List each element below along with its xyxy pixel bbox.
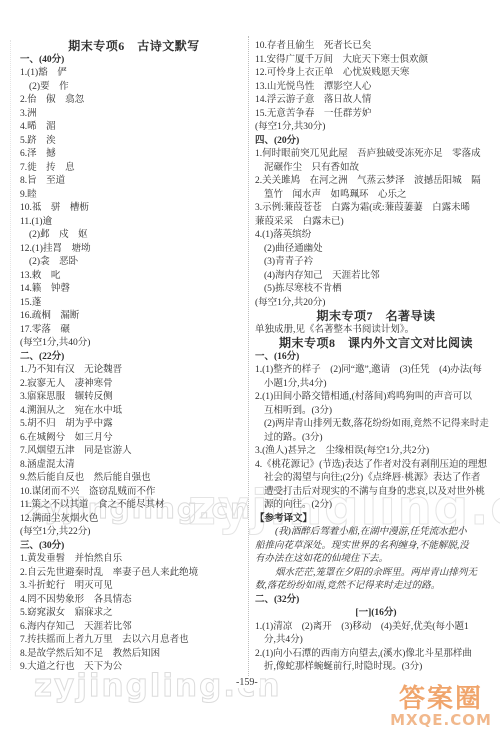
answer-line: 互相听到。(3分) xyxy=(255,405,497,419)
answer-line: 17.零落 碾 xyxy=(20,324,248,338)
answer-line: 3.斗折蛇行 明灭可见 xyxy=(20,580,248,594)
answer-line: 篁竹 闻水声 如鸣珮环 心乐之 xyxy=(255,189,497,203)
answer-line: 11.策之不以其道 食之不能尽其材 xyxy=(20,499,248,513)
answer-line: 9.然后能自反也 然后能自强也 xyxy=(20,472,248,486)
answer-line: 1.黄发垂髫 并怡然自乐 xyxy=(20,553,248,567)
answer-line: 一、(40分) xyxy=(20,54,248,68)
answer-line: 数,落花纷纷如雨,竟然不记得来时走过的路。 xyxy=(255,580,497,594)
answer-line: (每空1分,共30分) xyxy=(255,121,497,135)
answer-line: (2)两岸青山排列无数,落花纷纷如雨,竟然不记得来时走 xyxy=(255,418,497,432)
answer-line: (5)拣尽寒枝不肯栖 xyxy=(255,283,497,297)
answer-line: 【参考译文】 xyxy=(255,513,497,527)
answer-line: 二、(22分) xyxy=(20,351,248,365)
answer-line: 期末专项7 名著导读 xyxy=(255,310,497,324)
answer-line: 1.(1)豁 俨 xyxy=(20,67,248,81)
answer-line: 12.满面尘灰烟火色 xyxy=(20,513,248,527)
answer-line: 3.示例:蒹葭苍苍 白露为霜(或:蒹葭萋萋 白露未晞 xyxy=(255,202,497,216)
answer-circle-logo: 答案圈 MXQE.COM xyxy=(382,686,500,728)
answer-line: (我)酒醉后驾着小船,在湖中漫游,任凭流水把小 xyxy=(255,526,497,540)
answer-line: (每空1分,共22分) xyxy=(20,526,248,540)
answer-line: 烟水茫茫,笼罩在夕阳的余晖里。两岸青山排列无 xyxy=(255,567,497,581)
answer-line: 9.大道之行也 天下为公 xyxy=(20,661,248,675)
answer-line: (4)海内存知己 天涯若比邻 xyxy=(255,270,497,284)
answers-column-left: 期末专项6 古诗文默写一、(40分)1.(1)豁 俨(2)要 作2.佁 俶 翕忽… xyxy=(20,40,248,675)
logo-brand-text: 答案圈 xyxy=(382,686,500,712)
page-number: -159- xyxy=(234,677,260,688)
answers-column-right: 10.存者且偷生 死者长已矣11.安得广厦千万间 大庇天下寒士俱欢颜12.可怜身… xyxy=(255,40,497,675)
answer-line: 5.窈窕淑女 寤寐求之 xyxy=(20,607,248,621)
answer-line: 7.风烟望五津 同是宦游人 xyxy=(20,445,248,459)
answer-line: (2)要 作 xyxy=(20,81,248,95)
answer-line: 源的向往。(2分) xyxy=(255,499,497,513)
answer-line: 4.溯洄从之 宛在水中坻 xyxy=(20,405,248,419)
answer-line: 三、(30分) xyxy=(20,540,248,554)
answer-line: 4.罔不因势象形 各具情态 xyxy=(20,594,248,608)
answer-line: 四、(20分) xyxy=(255,135,497,149)
answer-line: [一](16分) xyxy=(255,607,497,621)
answer-line: 2.关关雎鸠 在河之洲 气蒸云梦泽 波撼岳阳城 隔 xyxy=(255,175,497,189)
answer-line: 1.(1)清凉 (2)离开 (3)移动 (4)美好,优美(每小题1 xyxy=(255,621,497,635)
answer-line: 有办法在这如花的仙境住下去。 xyxy=(255,553,497,567)
answer-line: 6.海内存知己 天涯若比邻 xyxy=(20,621,248,635)
answer-line: 13.山光悦鸟性 潭影空人心 xyxy=(255,81,497,95)
answer-line: 船推向花草深处。现实世界的名利缠身,不能解脱,没 xyxy=(255,540,497,554)
answer-line: 2.佁 俶 翕忽 xyxy=(20,94,248,108)
answer-line: 5.胡不归 胡为乎中露 xyxy=(20,418,248,432)
answer-line: 8.旨 至道 xyxy=(20,175,248,189)
answer-line: 10.谋闭而不兴 盗窃乱贼而不作 xyxy=(20,486,248,500)
answer-line: 小题1分,共4分) xyxy=(255,378,497,392)
answer-line: (2)曲径通幽处 xyxy=(255,243,497,257)
column-divider xyxy=(248,36,249,676)
answer-line: 1.乃不知有汉 无论魏晋 xyxy=(20,364,248,378)
answer-line: 单独成册,见《名著整本书阅读计划》。 xyxy=(255,324,497,338)
answer-line: 1.(1)整齐的样子 (2)同“邀”,邀请 (3)任凭 (4)办法(每 xyxy=(255,364,497,378)
answer-line: 10.存者且偷生 死者长已矣 xyxy=(255,40,497,54)
answer-line: 4.晞 湄 xyxy=(20,121,248,135)
answer-line: 社会的渴望与向往;(2分)《点绛唇·桃源》表达了作者 xyxy=(255,472,497,486)
answer-line: 13.敕 叱 xyxy=(20,270,248,284)
answer-line: 2.寂寥无人 凄神寒骨 xyxy=(20,378,248,392)
answer-line: 二、(32分) xyxy=(255,594,497,608)
answer-line: 折,像蛇那样蜿蜒前行,时隐时现。(3分) xyxy=(255,661,497,675)
logo-site-url: MXQE.COM xyxy=(382,712,500,728)
answer-line: 6.在城阙兮 如三月兮 xyxy=(20,432,248,446)
answer-line: 14.浮云游子意 落日故人情 xyxy=(255,94,497,108)
answer-line: 期末专项6 古诗文默写 xyxy=(20,40,248,54)
answer-line: 3.洲 xyxy=(20,108,248,122)
answer-line: 4.《桃花源记》(节选)表达了作者对没有剥削压迫的理想 xyxy=(255,459,497,473)
answer-line: 2.(1)向小石潭的西南方向望去,(溪水)像北斗星那样曲 xyxy=(255,648,497,662)
answer-line: 12.可怜身上衣正单 心忧炭贱愿天寒 xyxy=(255,67,497,81)
answer-line: 7.抟扶摇而上者九万里 去以六月息者也 xyxy=(20,634,248,648)
answer-line: 12.(1)挂罥 塘坳 xyxy=(20,243,248,257)
answer-line: 6.泽 撼 xyxy=(20,148,248,162)
answer-line: 3.寤寐思服 辗转反侧 xyxy=(20,391,248,405)
answer-line: 7.徙 抟 息 xyxy=(20,162,248,176)
answer-line: 分,共4分) xyxy=(255,634,497,648)
answer-line: 16.疏桐 漏断 xyxy=(20,310,248,324)
answer-line: 10.祗 骈 槽枥 xyxy=(20,202,248,216)
answer-line: 遭受打击后对现实的不满与自身的悲哀,以及对世外桃 xyxy=(255,486,497,500)
workbook-answer-page: zyjingling.cn zyjingling.cn zyjingling.c… xyxy=(0,0,500,736)
answer-line: (每空1分,共40分) xyxy=(20,337,248,351)
answer-line: (每空1分,共20分) xyxy=(255,297,497,311)
answer-line: 9.睦 xyxy=(20,189,248,203)
answer-line: 2.自云先世避秦时乱 率妻子邑人来此绝境 xyxy=(20,567,248,581)
answer-line: 蒹葭采采 白露未已) xyxy=(255,216,497,230)
answer-line: 泥碾作尘 只有香如故 xyxy=(255,162,497,176)
answer-line: 8.是故学然后知不足 教然后知困 xyxy=(20,648,248,662)
answer-line: 2.(1)田间小路交错相通,(村落间)鸡鸣狗叫的声音可以 xyxy=(255,391,497,405)
answer-line: 5.跻 涘 xyxy=(20,135,248,149)
answer-line: 过的路。(3分) xyxy=(255,432,497,446)
answer-line: 3.(渔人)甚异之 尘缘相误(每空1分,共2分) xyxy=(255,445,497,459)
answer-line: 期末专项8 课内外文言文对比阅读 xyxy=(255,337,497,351)
answer-line: 8.涵虚混太清 xyxy=(20,459,248,473)
answer-line: (2)邺 戍 妪 xyxy=(20,229,248,243)
answer-line: 15.无意苦争春 一任群芳妒 xyxy=(255,108,497,122)
answer-line: 4.(1)落英缤纷 xyxy=(255,229,497,243)
answer-line: (2)衾 恶卧 xyxy=(20,256,248,270)
answer-line: 1.何时眼前突兀见此屋 吾庐独破受冻死亦足 零落成 xyxy=(255,148,497,162)
answer-line: 14.籁 钟磬 xyxy=(20,283,248,297)
answer-line: 11.安得广厦千万间 大庇天下寒士俱欢颜 xyxy=(255,54,497,68)
page-edge-dotted-line xyxy=(10,40,11,670)
answer-line: 11.(1)逾 xyxy=(20,216,248,230)
answer-line: 一、(16分) xyxy=(255,351,497,365)
answer-line: (3)青青子衿 xyxy=(255,256,497,270)
answer-line: 15.蓬 xyxy=(20,297,248,311)
